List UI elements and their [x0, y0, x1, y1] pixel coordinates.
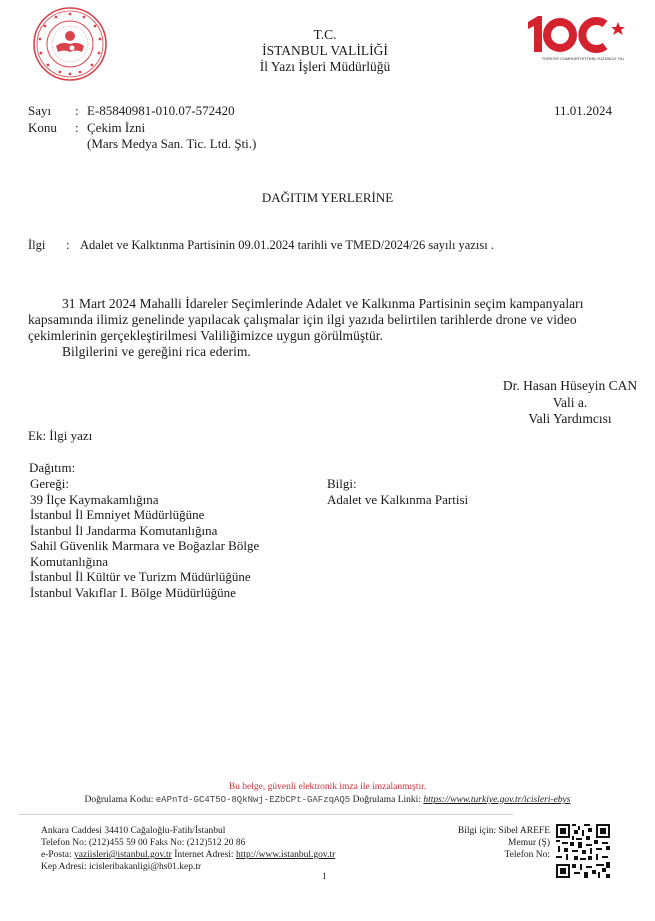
list-item: İstanbul İl Emniyet Müdürlüğüne	[30, 507, 259, 523]
list-item: Komutanlığına	[30, 554, 259, 570]
ilgi-label: İlgi	[28, 238, 66, 253]
konu-value: Çekim İzni	[87, 120, 145, 137]
list-item: İstanbul Vakıflar I. Bölge Müdürlüğüne	[30, 585, 259, 601]
list-item: İstanbul İl Jandarma Komutanlığına	[30, 523, 259, 539]
konu-extra: (Mars Medya San. Tic. Ltd. Şti.)	[87, 136, 256, 153]
qr-code-icon	[556, 824, 610, 878]
gereg-label: Gereği:	[30, 476, 259, 492]
header-department: İl Yazı İşleri Müdürlüğü	[200, 59, 450, 75]
konu-label: Konu	[28, 120, 75, 137]
verification-line: Doğrulama Kodu: eAPnTd-GC4T5O-8QkNwj-EZb…	[0, 795, 655, 805]
list-item: Adalet ve Kalkınma Partisi	[327, 492, 468, 508]
document-meta: Sayı : E-85840981-010.07-572420 Konu : Ç…	[28, 103, 256, 153]
body-closing: Bilgilerini ve gereğini rica ederim.	[28, 344, 640, 360]
letter-body: 31 Mart 2024 Mahalli İdareler Seçimlerin…	[28, 296, 640, 360]
footer-divider	[18, 814, 513, 815]
info-phone: Telefon No:	[458, 849, 550, 861]
sayi-separator: :	[75, 103, 87, 120]
konu-separator: :	[75, 120, 87, 137]
distribution-bilgi: Bilgi: Adalet ve Kalkınma Partisi	[327, 476, 468, 507]
info-title: Memur (Ş)	[458, 837, 550, 849]
web-link[interactable]: http://www.istanbul.gov.tr	[236, 850, 335, 860]
verify-link-label: Doğrulama Linki:	[353, 795, 421, 805]
sayi-value: E-85840981-010.07-572420	[87, 103, 235, 120]
sayi-label: Sayı	[28, 103, 75, 120]
attachment: Ek: İlgi yazı	[28, 428, 92, 444]
distribution-gereg: Gereği: 39 İlçe Kaymakamlığına İstanbul …	[30, 476, 259, 600]
list-item: İstanbul İl Kültür ve Turizm Müdürlüğüne	[30, 569, 259, 585]
svg-text:TÜRKİYE CUMHURİYETİ'NİN YÜZÜNC: TÜRKİYE CUMHURİYETİ'NİN YÜZÜNCÜ YILI	[542, 56, 625, 61]
verify-code-label: Doğrulama Kodu:	[85, 795, 154, 805]
page-number: 1	[322, 872, 327, 882]
distribution-label: Dağıtım:	[29, 460, 75, 475]
signer-name: Dr. Hasan Hüseyin CAN	[490, 378, 650, 395]
list-item: 39 İlçe Kaymakamlığına	[30, 492, 259, 508]
footer-contact: Ankara Caddesi 34410 Cağaloğlu-Fatih/İst…	[41, 825, 335, 873]
seal-icon	[32, 6, 108, 82]
footer-kep: Kep Adresi: icisleribakanligi@hs01.kep.t…	[41, 861, 335, 873]
ilgi-line: İlgi : Adalet ve Kalktınma Partisinin 09…	[28, 238, 494, 253]
header-tc: T.C.	[200, 27, 450, 43]
letterhead: T.C. İSTANBUL VALİLİĞİ İl Yazı İşleri Mü…	[200, 27, 450, 75]
footer-phone: Telefon No: (212)455 59 00 Faks No: (212…	[41, 837, 335, 849]
ilgi-text: Adalet ve Kalktınma Partisinin 09.01.202…	[80, 238, 494, 253]
ilgi-separator: :	[66, 238, 80, 253]
email-label: e-Posta:	[41, 850, 72, 860]
signer-role-1: Vali a.	[490, 395, 650, 412]
distribution-title: DAĞITIM YERLERİNE	[0, 190, 655, 206]
body-paragraph: 31 Mart 2024 Mahalli İdareler Seçimlerin…	[28, 296, 640, 344]
signer-role-2: Vali Yardımcısı	[490, 411, 650, 428]
footer-info: Bilgi için: Sibel AREFE Memur (Ş) Telefo…	[458, 825, 550, 861]
verify-code: eAPnTd-GC4T5O-8QkNwj-EZbCPt-GAFzqAQ5	[156, 795, 350, 805]
signature-block: Dr. Hasan Hüseyin CAN Vali a. Vali Yardı…	[490, 378, 650, 428]
list-item: Sahil Güvenlik Marmara ve Boğazlar Bölge	[30, 538, 259, 554]
web-label: İnternet Adresi:	[174, 850, 233, 860]
document-date: 11.01.2024	[554, 103, 612, 119]
info-contact: Bilgi için: Sibel AREFE	[458, 825, 550, 837]
header-governorship: İSTANBUL VALİLİĞİ	[200, 43, 450, 59]
bilgi-label: Bilgi:	[327, 476, 468, 492]
email-link[interactable]: yaziisleri@istanbul.gov.tr	[74, 850, 172, 860]
centenary-100-logo: TÜRKİYE CUMHURİYETİ'NİN YÜZÜNCÜ YILI	[522, 12, 644, 64]
verify-link[interactable]: https://www.turkiye.gov.tr/icisleri-ebys	[423, 795, 570, 805]
footer-address: Ankara Caddesi 34410 Cağaloğlu-Fatih/İst…	[41, 825, 335, 837]
esign-notice: Bu belge, güvenli elektronik imza ile im…	[0, 782, 655, 792]
